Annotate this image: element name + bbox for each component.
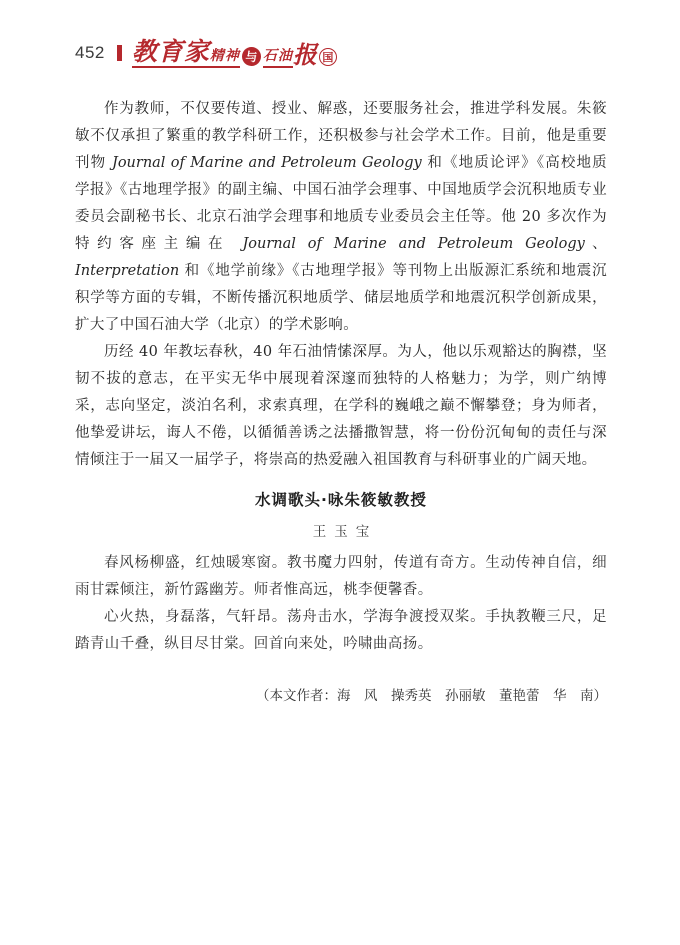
poem-title: 水调歌头·咏朱筱敏教授 [75,488,607,510]
logo-underline-group-left: 教育家 精神 [132,39,240,68]
poem-author: 王玉宝 [75,520,607,540]
page-number: 452 [75,43,105,63]
poem-stanza: 春风杨柳盛，红烛暖寒窗。教书魔力四射，传道有奇方。生动传神自信，细雨甘霖倾注，新… [75,550,607,604]
journal-name-text: Journal of Marine and Petroleum Geology [242,236,584,252]
page-content: 作为教师，不仅要传道、授业、解惑，还要服务社会，推进学科发展。朱筱敏不仅承担了繁… [75,96,607,708]
journal-name-text: Interpretation [75,263,179,279]
attribution-line: （本文作者：海 风 操秀英 孙丽敏 董艳蕾 华 南） [75,684,607,708]
poem-stanza: 心火热，身磊落，气轩昂。荡舟击水，学海争渡授双桨。手执教鞭三尺，足踏青山千叠，纵… [75,604,607,658]
article-paragraph: 历经 40 年教坛春秋，40 年石油情愫深厚。为人，他以乐观豁达的胸襟，坚韧不拔… [75,339,607,474]
poem-body: 春风杨柳盛，红烛暖寒窗。教书魔力四射，传道有奇方。生动传神自信，细雨甘霖倾注，新… [75,550,607,658]
logo-seal-guo-icon: 国 [319,48,337,66]
logo-underline-group-right: 石油 [263,47,293,68]
article-paragraph: 作为教师，不仅要传道、授业、解惑，还要服务社会，推进学科发展。朱筱敏不仅承担了繁… [75,96,607,339]
journal-name-text: Journal of Marine and Petroleum Geology [112,155,422,171]
body-text-run: 历经 40 年教坛春秋，40 年石油情愫深厚。为人，他以乐观豁达的胸襟，坚韧不拔… [75,344,607,468]
logo-text-jiaoyujia: 教育家 [132,39,210,65]
logo-text-jingshen: 精神 [210,47,240,65]
header-divider-bar [117,45,122,61]
logo-text-shiyou: 石油 [263,47,293,65]
header-logo: 教育家 精神 与 石油 报 国 [132,39,337,68]
body-text-run: 、 [585,236,607,252]
logo-text-bao: 报 [293,42,317,68]
book-page: 452 教育家 精神 与 石油 报 国 作为教师，不仅要传道、授业、解惑，还要服… [0,0,680,945]
page-header: 452 教育家 精神 与 石油 报 国 [75,36,607,70]
logo-seal-yu-icon: 与 [242,47,261,66]
article-body: 作为教师，不仅要传道、授业、解惑，还要服务社会，推进学科发展。朱筱敏不仅承担了繁… [75,96,607,474]
